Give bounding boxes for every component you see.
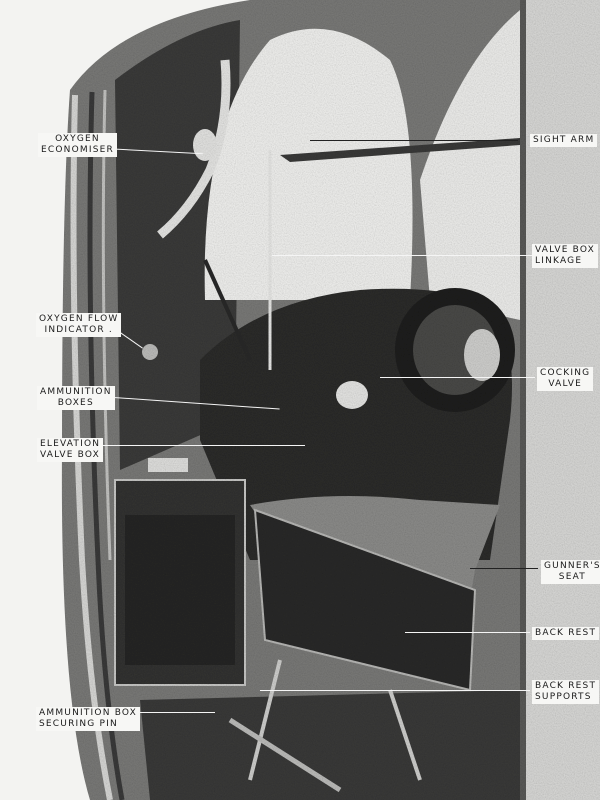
label-back-rest: BACK REST: [532, 627, 599, 640]
leader-back-rest-supports: [260, 690, 530, 691]
leader-gunners-seat: [470, 568, 538, 569]
label-cocking-valve: COCKING VALVE: [537, 367, 593, 391]
label-gunners-seat: GUNNER'S SEAT: [541, 560, 600, 584]
label-ammunition-boxes: AMMUNITION BOXES: [37, 386, 115, 410]
label-ammunition-box-securing-pin: AMMUNITION BOX SECURING PIN: [36, 707, 140, 731]
leader-back-rest: [405, 632, 530, 633]
label-sight-arm: SIGHT ARM: [530, 134, 597, 147]
label-elevation-valve-box: ELEVATION VALVE BOX: [37, 438, 103, 462]
label-valve-box-linkage: VALVE BOX LINKAGE: [532, 244, 598, 268]
leader-sight-arm: [310, 140, 518, 141]
leader-valve-box-linkage: [272, 255, 534, 256]
label-oxygen-flow-indicator: OXYGEN FLOW INDICATOR .: [36, 313, 121, 337]
label-back-rest-supports: BACK REST SUPPORTS: [532, 680, 599, 704]
leader-cocking-valve: [380, 377, 535, 378]
label-oxygen-economiser: OXYGEN ECONOMISER: [38, 133, 117, 157]
leader-elevation-valve-box: [95, 445, 305, 446]
